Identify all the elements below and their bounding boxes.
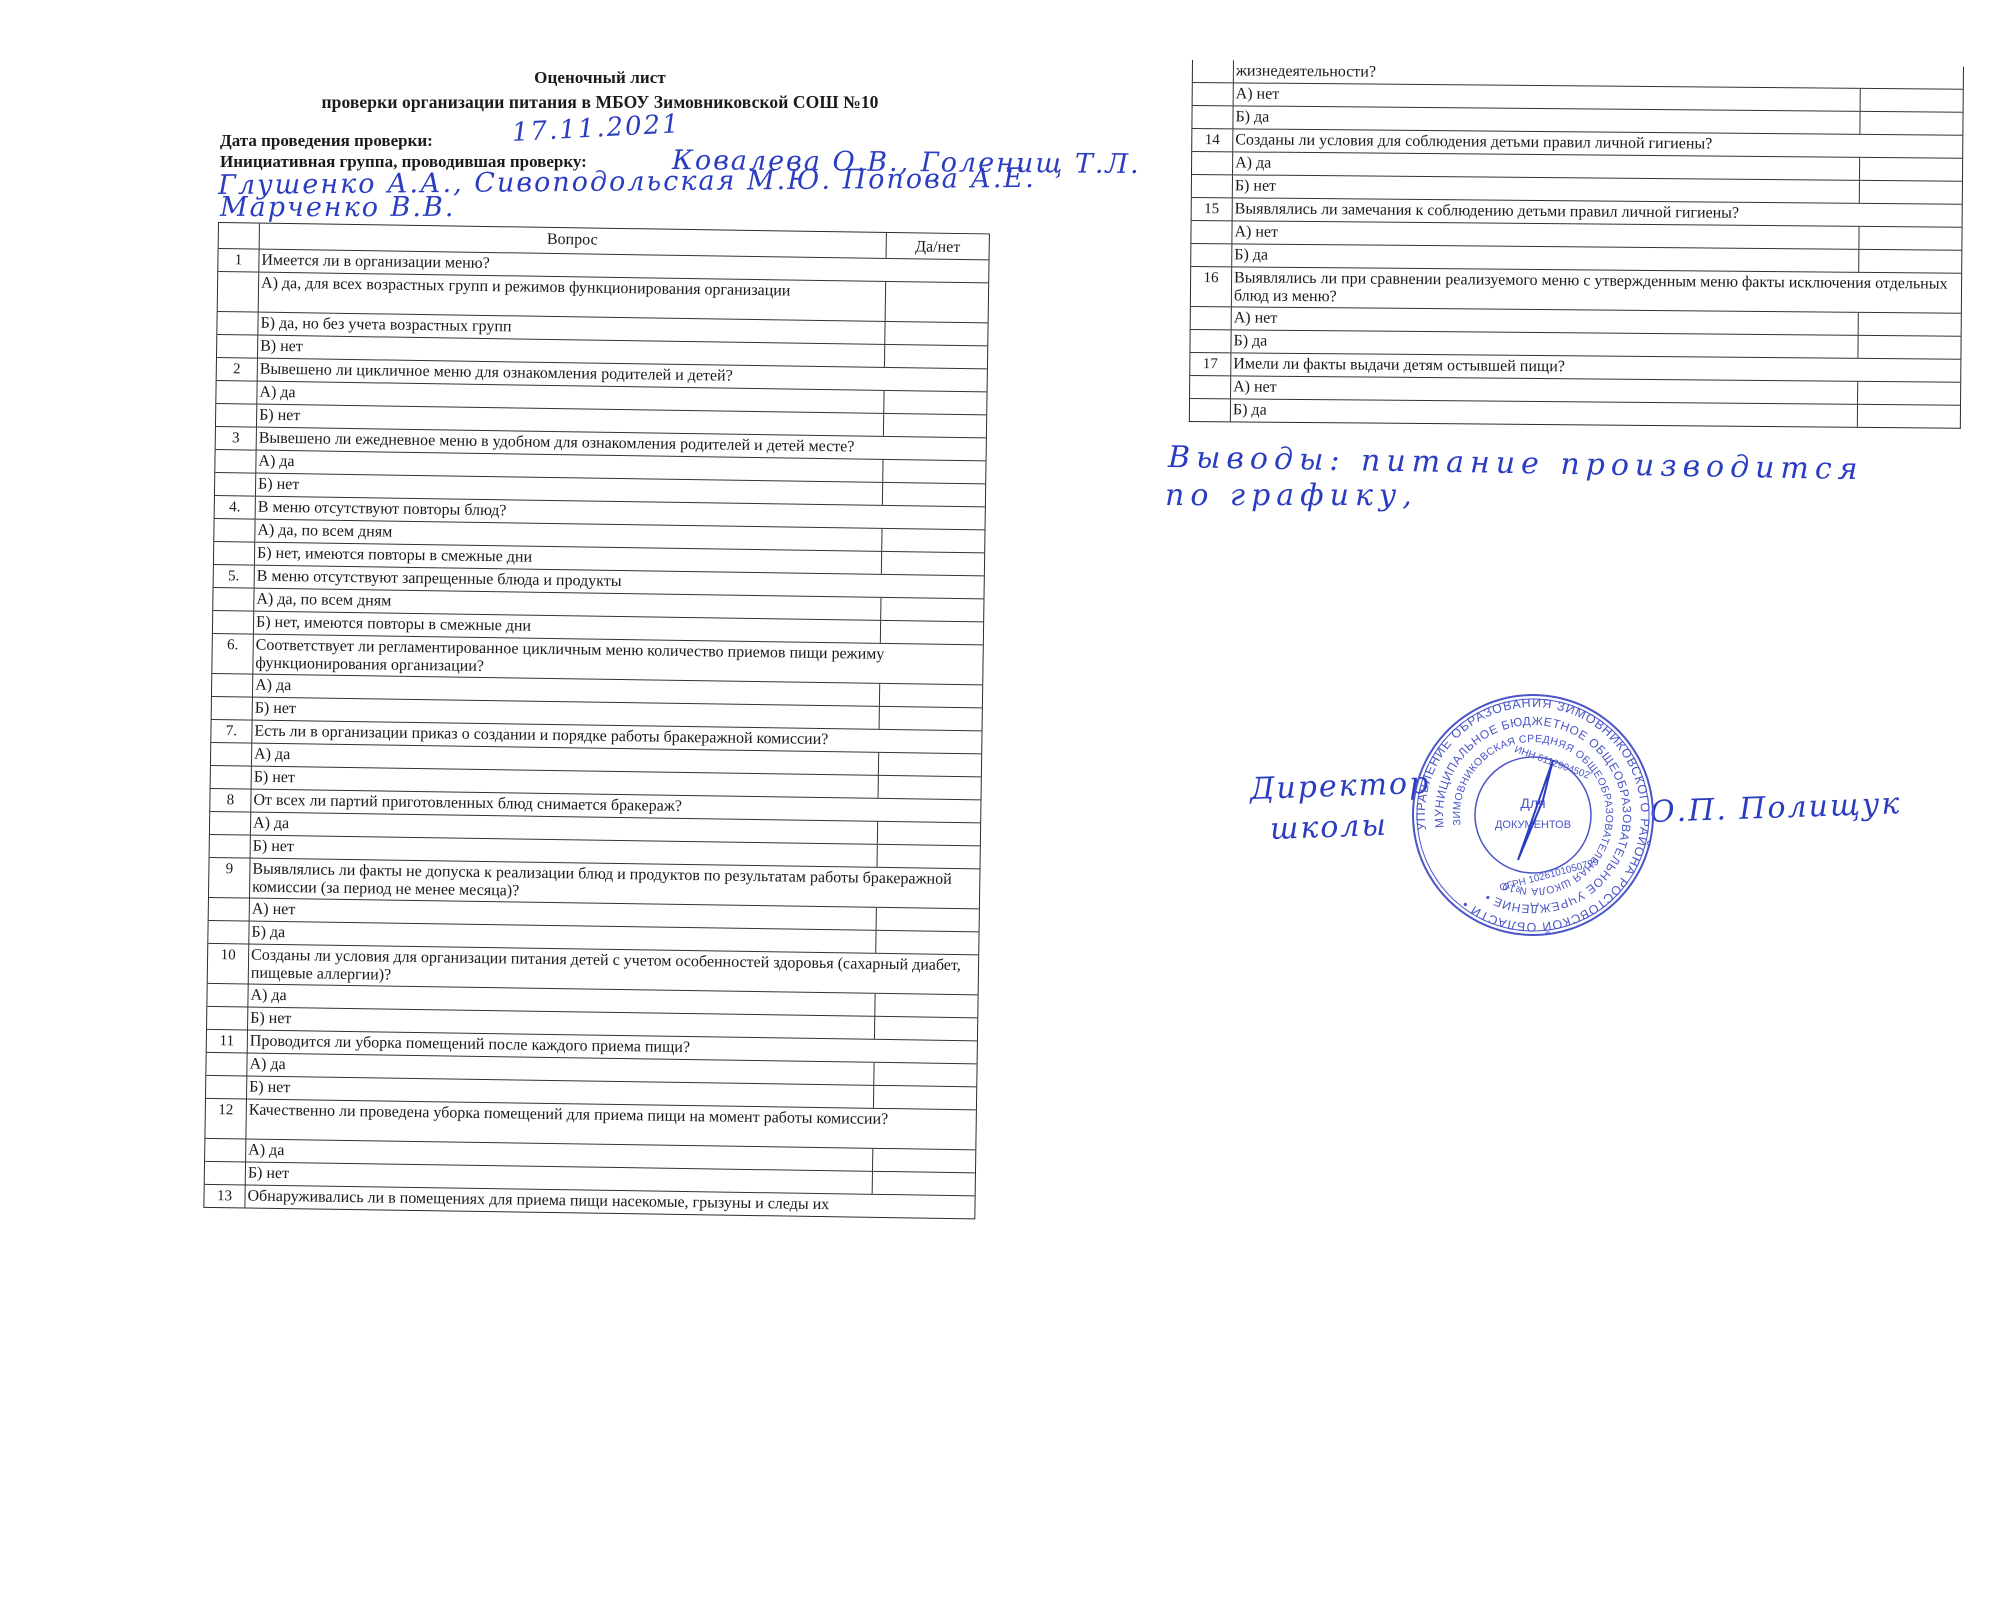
row-number: 9 bbox=[209, 858, 251, 898]
row-number bbox=[206, 1076, 247, 1099]
row-number bbox=[1192, 106, 1233, 128]
signature-title-line1: Директор bbox=[1249, 766, 1430, 807]
answer-cell[interactable] bbox=[1858, 313, 1961, 336]
row-number bbox=[212, 697, 253, 720]
row-number: 7. bbox=[211, 720, 252, 743]
row-number bbox=[1191, 307, 1232, 329]
row-number bbox=[211, 743, 252, 766]
answer-cell[interactable] bbox=[874, 1017, 977, 1041]
row-number bbox=[210, 835, 251, 858]
answer-cell[interactable] bbox=[882, 460, 985, 484]
row-number bbox=[1191, 244, 1232, 266]
row-number bbox=[1193, 60, 1234, 82]
answer-cell[interactable] bbox=[1859, 158, 1962, 181]
row-number bbox=[205, 1162, 246, 1185]
answer-cell[interactable] bbox=[1857, 336, 1960, 359]
row-number bbox=[1190, 376, 1231, 398]
question-text: Выявлялись ли при сравнении реализуемого… bbox=[1232, 267, 1961, 312]
answer-cell[interactable] bbox=[875, 931, 978, 955]
row-number: 12 bbox=[205, 1099, 247, 1139]
checklist-table-left: Вопрос Да/нет 1Имеется ли в организации … bbox=[203, 222, 990, 1219]
stamp-seal-icon: УПРАВЛЕНИЕ ОБРАЗОВАНИЯ ЗИМОВНИКОВСКОГО Р… bbox=[1408, 690, 1658, 940]
table-row-question: 16Выявлялись ли при сравнении реализуемо… bbox=[1191, 267, 1961, 314]
answer-cell[interactable] bbox=[876, 908, 979, 932]
checklist-table-right: жизнедеятельности?А) нетБ) да14Созданы л… bbox=[1189, 60, 1964, 429]
row-number bbox=[212, 674, 253, 697]
row-number bbox=[1190, 399, 1231, 421]
answer-cell[interactable] bbox=[1858, 250, 1961, 273]
answer-cell[interactable] bbox=[880, 598, 983, 622]
answer-cell[interactable] bbox=[883, 391, 986, 415]
row-number bbox=[211, 766, 252, 789]
answer-cell[interactable] bbox=[1859, 112, 1962, 135]
row-number bbox=[207, 1007, 248, 1030]
row-number: 5. bbox=[214, 565, 255, 588]
answer-cell[interactable] bbox=[879, 707, 982, 731]
row-number: 1 bbox=[218, 249, 259, 272]
header-num bbox=[219, 223, 260, 249]
answer-cell[interactable] bbox=[1857, 382, 1960, 405]
row-number bbox=[217, 335, 258, 358]
row-number: 17 bbox=[1190, 353, 1231, 375]
row-number bbox=[1191, 221, 1232, 243]
row-number bbox=[215, 450, 256, 473]
answer-cell[interactable] bbox=[872, 1172, 975, 1196]
row-number: 16 bbox=[1191, 267, 1232, 306]
row-number bbox=[217, 312, 258, 335]
row-number: 10 bbox=[208, 944, 250, 984]
row-number bbox=[207, 984, 248, 1007]
row-number bbox=[213, 611, 254, 634]
answer-cell[interactable] bbox=[874, 994, 977, 1018]
answer-cell[interactable] bbox=[872, 1149, 975, 1173]
answer-cell[interactable] bbox=[1857, 405, 1960, 428]
row-number bbox=[213, 588, 254, 611]
option-text: Б) да bbox=[1231, 399, 1857, 426]
row-number: 6. bbox=[212, 634, 254, 674]
row-number bbox=[205, 1139, 246, 1162]
answer-cell[interactable] bbox=[1858, 227, 1961, 250]
signature-name: О.П. Полищук bbox=[1649, 786, 1901, 830]
row-number bbox=[214, 519, 255, 542]
answer-cell[interactable] bbox=[884, 322, 987, 346]
document-subtitle: проверки организации питания в МБОУ Зимо… bbox=[250, 92, 950, 113]
row-number: 4. bbox=[215, 496, 256, 519]
row-number bbox=[1192, 175, 1233, 197]
row-number bbox=[214, 542, 255, 565]
row-number: 3 bbox=[216, 427, 257, 450]
row-number: 11 bbox=[207, 1030, 248, 1053]
row-number bbox=[1190, 330, 1231, 352]
answer-cell[interactable] bbox=[879, 684, 982, 708]
answer-cell[interactable] bbox=[883, 414, 986, 438]
signature-title-line2: школы bbox=[1269, 808, 1388, 847]
answer-cell[interactable] bbox=[873, 1086, 976, 1110]
answer-cell[interactable] bbox=[878, 776, 981, 800]
answer-cell[interactable] bbox=[881, 552, 984, 576]
document-title: Оценочный лист bbox=[250, 68, 950, 88]
date-handwritten: 17.11.2021 bbox=[511, 109, 681, 148]
row-number bbox=[1192, 152, 1233, 174]
answer-cell[interactable] bbox=[873, 1063, 976, 1087]
row-number: 14 bbox=[1192, 129, 1233, 151]
row-number: 15 bbox=[1192, 198, 1233, 220]
row-number bbox=[206, 1053, 247, 1076]
row-number: 8 bbox=[210, 789, 251, 812]
answer-cell[interactable] bbox=[880, 621, 983, 645]
row-number bbox=[218, 272, 260, 312]
row-number bbox=[1193, 83, 1234, 105]
answer-cell[interactable] bbox=[882, 483, 985, 507]
answer-cell[interactable] bbox=[884, 345, 987, 369]
row-number bbox=[216, 381, 257, 404]
date-label: Дата проведения проверки: bbox=[220, 131, 433, 151]
answer-cell[interactable] bbox=[881, 529, 984, 553]
group-handwritten-line3: Марченко В.В. bbox=[220, 192, 455, 223]
row-number bbox=[208, 921, 249, 944]
answer-cell[interactable] bbox=[1859, 181, 1962, 204]
row-number: 2 bbox=[217, 358, 258, 381]
row-number: 13 bbox=[204, 1185, 245, 1208]
answer-cell[interactable] bbox=[878, 753, 981, 777]
answer-cell[interactable] bbox=[1860, 89, 1963, 112]
row-number bbox=[210, 812, 251, 835]
official-stamp: УПРАВЛЕНИЕ ОБРАЗОВАНИЯ ЗИМОВНИКОВСКОГО Р… bbox=[1408, 690, 1658, 940]
answer-cell[interactable] bbox=[885, 282, 989, 323]
row-number bbox=[209, 898, 250, 921]
row-number bbox=[215, 473, 256, 496]
header-answer: Да/нет bbox=[886, 233, 989, 260]
conclusion-line2: по графику, bbox=[1165, 478, 1418, 513]
answer-cell[interactable] bbox=[877, 822, 980, 846]
row-number bbox=[216, 404, 257, 427]
answer-cell[interactable] bbox=[877, 845, 980, 869]
